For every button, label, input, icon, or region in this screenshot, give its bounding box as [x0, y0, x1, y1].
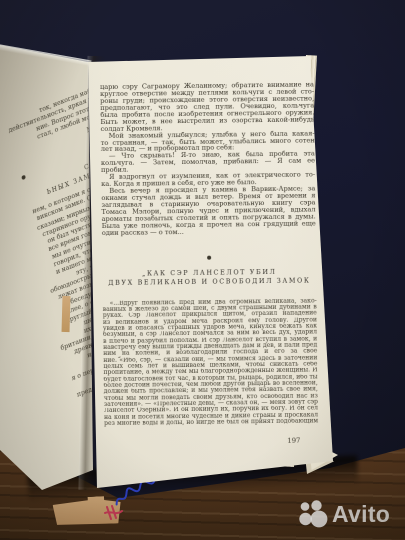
quote-text-block: «...Вдруг появились пред ним два огромны… — [103, 298, 319, 427]
main-text-block: царю сэру Саграмору Желанному; обратите … — [100, 81, 316, 236]
avito-logo-icon — [299, 500, 328, 529]
avito-watermark: Avito — [299, 500, 390, 529]
text-line: рез многие воды и долы, но нигде не был … — [104, 419, 318, 428]
heading-line: ДВУХ ВЕЛИКАНОВ И ОСВОБОДИЛ ЗАМОК — [102, 276, 316, 288]
gutter-bookmark — [62, 296, 71, 332]
chapter-heading: „КАК СЭР ЛАНСЕЛОТ УБИЛДВУХ ВЕЛИКАНОВ И О… — [102, 267, 316, 288]
section-ornament-icon — [102, 243, 316, 265]
watermark-label: Avito — [332, 501, 390, 528]
book-photo: ток, некогда наблюдалдействительность, я… — [0, 0, 405, 540]
text-line: один рассказ — о том... — [102, 227, 316, 237]
right-page-text: царю сэру Саграмору Желанному; обратите … — [100, 81, 318, 446]
